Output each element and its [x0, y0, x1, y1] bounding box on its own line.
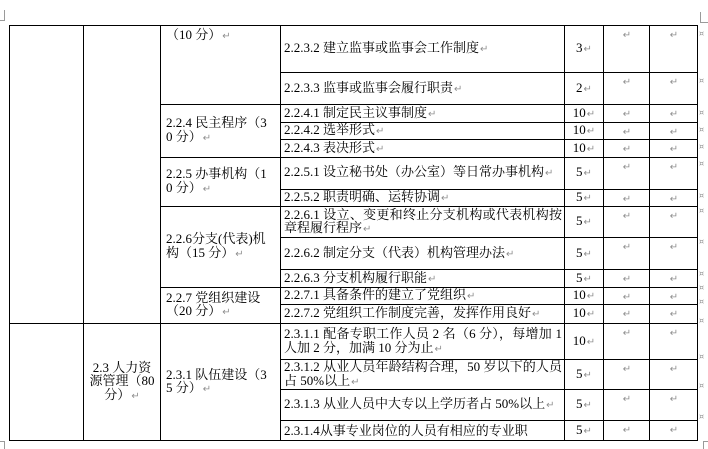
- score-cell[interactable]: 10↵: [565, 324, 604, 360]
- paragraph-mark-icon: ↵: [623, 394, 631, 405]
- row-end-marker-icon: ¤: [699, 143, 704, 151]
- paragraph-mark-icon: ↵: [670, 292, 678, 303]
- indicator-text: 2.2.6.1 设立、变更和终止分支机构或代表机构按章程履行程序: [284, 207, 562, 236]
- score-cell[interactable]: 5↵: [565, 238, 604, 270]
- blank-cell-2[interactable]: ↵: [650, 305, 698, 324]
- indicator-text: 2.2.7.2 党组织工作制度完善，发挥作用良好: [284, 305, 531, 320]
- paragraph-mark-icon: ↵: [584, 44, 592, 55]
- subcategory-cell[interactable]: 2.2.6分支(代表)机构（15 分）↵: [161, 207, 281, 288]
- blank-cell-2[interactable]: ↵: [650, 157, 698, 189]
- paragraph-mark-icon: ↵: [670, 274, 678, 285]
- blank-cell-2[interactable]: ↵: [650, 189, 698, 207]
- paragraph-mark-icon: ↵: [623, 127, 631, 138]
- indicator-cell[interactable]: 2.2.7.1 具备条件的建立了党组织↵: [281, 287, 565, 305]
- score-value: 5: [576, 366, 583, 381]
- paragraph-mark-icon: ↵: [363, 224, 371, 235]
- paragraph-mark-icon: ↵: [131, 391, 139, 402]
- blank-cell-2[interactable]: ↵: [650, 324, 698, 360]
- paragraph-mark-icon: ↵: [506, 249, 514, 260]
- indicator-text: 2.2.6.2 制定分支（代表）机构管理办法: [284, 245, 505, 260]
- blank-cell-1[interactable]: ↵: [604, 270, 650, 288]
- paragraph-mark-icon: ↵: [584, 400, 592, 411]
- indicator-cell[interactable]: 2.2.3.3 监事或监事会履行职责↵: [281, 73, 565, 105]
- paragraph-mark-icon: ↵: [587, 291, 595, 302]
- score-cell[interactable]: 10↵: [565, 140, 604, 158]
- indicator-text: 2.2.3.3 监事或监事会履行职责: [284, 80, 453, 95]
- row-end-marker-icon: ¤: [699, 298, 704, 306]
- indicator-cell[interactable]: 2.2.4.2 选举形式↵: [281, 122, 565, 140]
- score-cell[interactable]: 5↵: [565, 207, 604, 238]
- paragraph-mark-icon: ↵: [203, 384, 211, 395]
- blank-cell-1[interactable]: ↵: [604, 238, 650, 270]
- paragraph-mark-icon: ↵: [670, 144, 678, 155]
- paragraph-mark-icon: ↵: [376, 126, 384, 137]
- indicator-text: 2.2.4.2 选举形式: [284, 122, 375, 137]
- blank-cell-2[interactable]: ↵: [650, 421, 698, 441]
- category-label: 2.3 人力资源管理（80 分）: [89, 360, 154, 402]
- subcategory-group-cell-empty-top[interactable]: [84, 26, 161, 324]
- indicator-text: 2.2.3.2 建立监事或监事会工作制度: [284, 40, 479, 55]
- row-end-marker-icon: ¤: [699, 413, 704, 421]
- indicator-text: 2.3.1.4从事专业岗位的人员有相应的专业职: [284, 423, 528, 438]
- paragraph-mark-icon: ↵: [670, 242, 678, 253]
- crop-mark-bottom-left-icon: [0, 441, 5, 449]
- paragraph-mark-icon: ↵: [587, 144, 595, 155]
- paragraph-mark-icon: ↵: [670, 77, 678, 88]
- score-value: 5: [576, 164, 583, 179]
- subcategory-label: 2.2.6分支(代表)机构（15 分）: [166, 231, 266, 260]
- paragraph-mark-icon: ↵: [545, 168, 553, 179]
- paragraph-mark-icon: ↵: [670, 309, 678, 320]
- blank-cell-2[interactable]: ↵: [650, 207, 698, 238]
- score-value: 10: [573, 333, 586, 348]
- subcategory-label: 2.3.1 队伍建设（35 分）: [166, 367, 267, 396]
- blank-cell-1[interactable]: ↵: [604, 105, 650, 123]
- paragraph-mark-icon: ↵: [441, 193, 449, 204]
- indicator-text: 2.2.4.3 表决形式: [284, 140, 375, 155]
- indicator-cell[interactable]: 2.2.3.2 建立监事或监事会工作制度↵: [281, 26, 565, 73]
- document-page: （10 分）↵ 2.2.3.2 建立监事或监事会工作制度↵ 3↵ ↵ ↵ 2.2…: [0, 0, 708, 449]
- score-cell[interactable]: 3↵: [565, 26, 604, 73]
- paragraph-mark-icon: ↵: [584, 370, 592, 381]
- indicator-text: 2.2.7.1 具备条件的建立了党组织: [284, 287, 466, 302]
- score-value: 5: [576, 189, 583, 204]
- paragraph-mark-icon: ↵: [584, 426, 592, 437]
- score-value: 10: [573, 122, 586, 137]
- paragraph-mark-icon: ↵: [623, 274, 631, 285]
- score-cell[interactable]: 10↵: [565, 122, 604, 140]
- paragraph-mark-icon: ↵: [670, 394, 678, 405]
- indicator-cell[interactable]: 2.2.7.2 党组织工作制度完善，发挥作用良好↵: [281, 305, 565, 324]
- paragraph-mark-icon: ↵: [532, 309, 540, 320]
- indicator-text: 2.2.5.1 设立秘书处（办公室）等日常办事机构: [284, 164, 544, 179]
- paragraph-mark-icon: ↵: [670, 162, 678, 173]
- crop-mark-top-left-icon: [0, 10, 5, 21]
- blank-cell-1[interactable]: ↵: [604, 421, 650, 441]
- blank-cell-2[interactable]: ↵: [650, 270, 698, 288]
- row-end-marker-icon: ¤: [699, 109, 704, 117]
- paragraph-mark-icon: ↵: [584, 193, 592, 204]
- score-cell[interactable]: 5↵: [565, 157, 604, 189]
- score-value: 5: [576, 422, 583, 437]
- category-cell[interactable]: 2.3 人力资源管理（80 分）↵: [84, 324, 161, 441]
- blank-cell-1[interactable]: ↵: [604, 122, 650, 140]
- paragraph-mark-icon: ↵: [670, 364, 678, 375]
- blank-cell-2[interactable]: ↵: [650, 238, 698, 270]
- paragraph-mark-icon: ↵: [623, 211, 631, 222]
- blank-cell-2[interactable]: ↵: [650, 122, 698, 140]
- subcategory-cell[interactable]: （10 分）↵: [161, 26, 281, 105]
- paragraph-mark-icon: ↵: [584, 84, 592, 95]
- row-end-marker-icon: ¤: [699, 270, 704, 278]
- score-cell[interactable]: 5↵: [565, 360, 604, 390]
- row-end-marker-icon: ¤: [699, 317, 704, 325]
- paragraph-mark-icon: ↵: [623, 162, 631, 173]
- indicator-text: 2.3.1.3 从业人员中大专以上学历者占 50%以上: [284, 396, 545, 411]
- paragraph-mark-icon: ↵: [203, 133, 211, 144]
- paragraph-mark-icon: ↵: [623, 77, 631, 88]
- score-cell[interactable]: 10↵: [565, 105, 604, 123]
- indicator-cell[interactable]: 2.2.5.1 设立秘书处（办公室）等日常办事机构↵: [281, 157, 565, 189]
- score-cell[interactable]: 5↵: [565, 390, 604, 421]
- score-cell[interactable]: 2↵: [565, 73, 604, 105]
- blank-cell-1[interactable]: ↵: [604, 140, 650, 158]
- paragraph-mark-icon: ↵: [480, 44, 488, 55]
- subcategory-cell[interactable]: 2.3.1 队伍建设（35 分）↵: [161, 324, 281, 441]
- score-value: 5: [576, 245, 583, 260]
- paragraph-mark-icon: ↵: [623, 292, 631, 303]
- table-row: 2.3 人力资源管理（80 分）↵ 2.3.1 队伍建设（35 分）↵ 2.3.…: [10, 324, 698, 360]
- category-cell-empty-top[interactable]: [10, 26, 84, 324]
- paragraph-mark-icon: ↵: [623, 309, 631, 320]
- blank-cell-1[interactable]: ↵: [604, 390, 650, 421]
- subcategory-cell[interactable]: 2.2.4 民主程序（30 分）↵: [161, 105, 281, 158]
- blank-cell-1[interactable]: ↵: [604, 189, 650, 207]
- paragraph-mark-icon: ↵: [222, 307, 230, 318]
- row-end-marker-icon: ¤: [699, 126, 704, 134]
- score-value: 5: [576, 270, 583, 285]
- paragraph-mark-icon: ↵: [623, 364, 631, 375]
- crop-mark-bottom-right-icon: [703, 441, 708, 449]
- indicator-cell[interactable]: 2.3.1.1 配备专职工作人员 2 名（6 分），每增加 1 人加 2 分，加…: [281, 324, 565, 360]
- score-value: 10: [573, 305, 586, 320]
- indicator-cell[interactable]: 2.3.1.2 从业人员年龄结构合理，50 岁以下的人员占 50%以上↵: [281, 360, 565, 390]
- subcategory-label: 2.2.4 民主程序（30 分）: [166, 115, 267, 144]
- blank-cell-2[interactable]: ↵: [650, 140, 698, 158]
- subcategory-label: 2.2.7 党组织建设（20 分）: [166, 290, 260, 319]
- subcategory-cell[interactable]: 2.2.7 党组织建设（20 分）↵: [161, 287, 281, 324]
- indicator-cell[interactable]: 2.3.1.4从事专业岗位的人员有相应的专业职: [281, 421, 565, 441]
- row-end-marker-icon: ¤: [699, 160, 704, 168]
- paragraph-mark-icon: ↵: [623, 30, 631, 41]
- score-value: 10: [573, 105, 586, 120]
- indicator-cell[interactable]: 2.2.6.1 设立、变更和终止分支机构或代表机构按章程履行程序↵: [281, 207, 565, 238]
- indicator-text: 2.3.1.2 从业人员年龄结构合理，50 岁以下的人员占 50%以上: [284, 360, 562, 388]
- paragraph-mark-icon: ↵: [428, 274, 436, 285]
- paragraph-mark-icon: ↵: [623, 425, 631, 436]
- subcategory-label: （10 分）: [166, 27, 221, 42]
- paragraph-mark-icon: ↵: [351, 377, 359, 388]
- score-value: 3: [576, 40, 583, 55]
- evaluation-table: （10 分）↵ 2.2.3.2 建立监事或监事会工作制度↵ 3↵ ↵ ↵ 2.2…: [9, 25, 698, 441]
- blank-cell-1[interactable]: ↵: [604, 73, 650, 105]
- blank-cell-1[interactable]: ↵: [604, 287, 650, 305]
- score-cell[interactable]: 5↵: [565, 189, 604, 207]
- paragraph-mark-icon: ↵: [587, 109, 595, 120]
- paragraph-mark-icon: ↵: [587, 309, 595, 320]
- blank-cell-2[interactable]: ↵: [650, 105, 698, 123]
- table-row: （10 分）↵ 2.2.3.2 建立监事或监事会工作制度↵ 3↵ ↵ ↵: [10, 26, 698, 73]
- row-end-marker-icon: ¤: [699, 238, 704, 246]
- row-end-marker-icon: ¤: [699, 382, 704, 390]
- indicator-cell[interactable]: 2.3.1.3 从业人员中大专以上学历者占 50%以上↵: [281, 390, 565, 421]
- paragraph-mark-icon: ↵: [623, 328, 631, 339]
- paragraph-mark-icon: ↵: [670, 127, 678, 138]
- score-value: 5: [576, 213, 583, 228]
- score-value: 10: [573, 287, 586, 302]
- score-cell[interactable]: 10↵: [565, 305, 604, 324]
- subcategory-label: 2.2.5 办事机构（10 分）: [166, 166, 267, 195]
- row-end-marker-icon: ¤: [699, 207, 704, 215]
- row-end-marker-icon: ¤: [699, 77, 704, 85]
- score-cell[interactable]: 5↵: [565, 270, 604, 288]
- blank-cell-1[interactable]: ↵: [604, 207, 650, 238]
- paragraph-mark-icon: ↵: [454, 84, 462, 95]
- paragraph-mark-icon: ↵: [376, 144, 384, 155]
- paragraph-mark-icon: ↵: [587, 126, 595, 137]
- score-value: 2: [576, 80, 583, 95]
- paragraph-mark-icon: ↵: [587, 337, 595, 348]
- paragraph-mark-icon: ↵: [235, 249, 243, 260]
- paragraph-mark-icon: ↵: [623, 109, 631, 120]
- score-cell[interactable]: 10↵: [565, 287, 604, 305]
- paragraph-mark-icon: ↵: [670, 425, 678, 436]
- blank-cell-1[interactable]: ↵: [604, 360, 650, 390]
- paragraph-mark-icon: ↵: [623, 242, 631, 253]
- paragraph-mark-icon: ↵: [670, 211, 678, 222]
- paragraph-mark-icon: ↵: [670, 109, 678, 120]
- paragraph-mark-icon: ↵: [670, 328, 678, 339]
- score-value: 5: [576, 396, 583, 411]
- score-cell[interactable]: 5↵: [565, 421, 604, 441]
- indicator-text: 2.2.6.3 分支机构履行职能: [284, 270, 427, 285]
- paragraph-mark-icon: ↵: [584, 168, 592, 179]
- paragraph-mark-icon: ↵: [623, 194, 631, 205]
- indicator-text: 2.2.4.1 制定民主议事制度: [284, 105, 427, 120]
- paragraph-mark-icon: ↵: [428, 109, 436, 120]
- crop-mark-top-right-icon: [700, 12, 708, 23]
- indicator-text: 2.3.1.1 配备专职工作人员 2 名（6 分），每增加 1 人加 2 分，加…: [284, 326, 562, 355]
- paragraph-mark-icon: ↵: [584, 217, 592, 228]
- row-end-marker-icon: ¤: [699, 192, 704, 200]
- subcategory-cell[interactable]: 2.2.5 办事机构（10 分）↵: [161, 157, 281, 207]
- paragraph-mark-icon: ↵: [670, 30, 678, 41]
- paragraph-mark-icon: ↵: [584, 274, 592, 285]
- paragraph-mark-icon: ↵: [623, 144, 631, 155]
- blank-cell-2[interactable]: ↵: [650, 360, 698, 390]
- indicator-text: 2.2.5.2 职责明确、运转协调: [284, 189, 440, 204]
- indicator-cell[interactable]: 2.2.6.3 分支机构履行职能↵: [281, 270, 565, 288]
- paragraph-mark-icon: ↵: [435, 344, 443, 355]
- indicator-cell[interactable]: 2.2.6.2 制定分支（代表）机构管理办法↵: [281, 238, 565, 270]
- paragraph-mark-icon: ↵: [222, 31, 230, 42]
- blank-cell-2[interactable]: ↵: [650, 73, 698, 105]
- indicator-cell[interactable]: 2.2.4.1 制定民主议事制度↵: [281, 105, 565, 123]
- blank-cell-1[interactable]: ↵: [604, 305, 650, 324]
- indicator-cell[interactable]: 2.2.5.2 职责明确、运转协调↵: [281, 189, 565, 207]
- paragraph-mark-icon: ↵: [203, 184, 211, 195]
- row-end-marker-icon: ¤: [699, 353, 704, 361]
- paragraph-mark-icon: ↵: [584, 249, 592, 260]
- blank-cell-1[interactable]: ↵: [604, 157, 650, 189]
- row-end-marker-icon: ¤: [699, 284, 704, 292]
- blank-cell-2[interactable]: ↵: [650, 26, 698, 73]
- category-cell-empty-bottom[interactable]: [10, 324, 84, 441]
- row-end-marker-icon: ¤: [699, 30, 704, 38]
- indicator-cell[interactable]: 2.2.4.3 表决形式↵: [281, 140, 565, 158]
- blank-cell-2[interactable]: ↵: [650, 390, 698, 421]
- blank-cell-2[interactable]: ↵: [650, 287, 698, 305]
- blank-cell-1[interactable]: ↵: [604, 324, 650, 360]
- paragraph-mark-icon: ↵: [546, 400, 554, 411]
- paragraph-mark-icon: ↵: [670, 194, 678, 205]
- paragraph-mark-icon: ↵: [467, 291, 475, 302]
- score-value: 10: [573, 140, 586, 155]
- blank-cell-1[interactable]: ↵: [604, 26, 650, 73]
